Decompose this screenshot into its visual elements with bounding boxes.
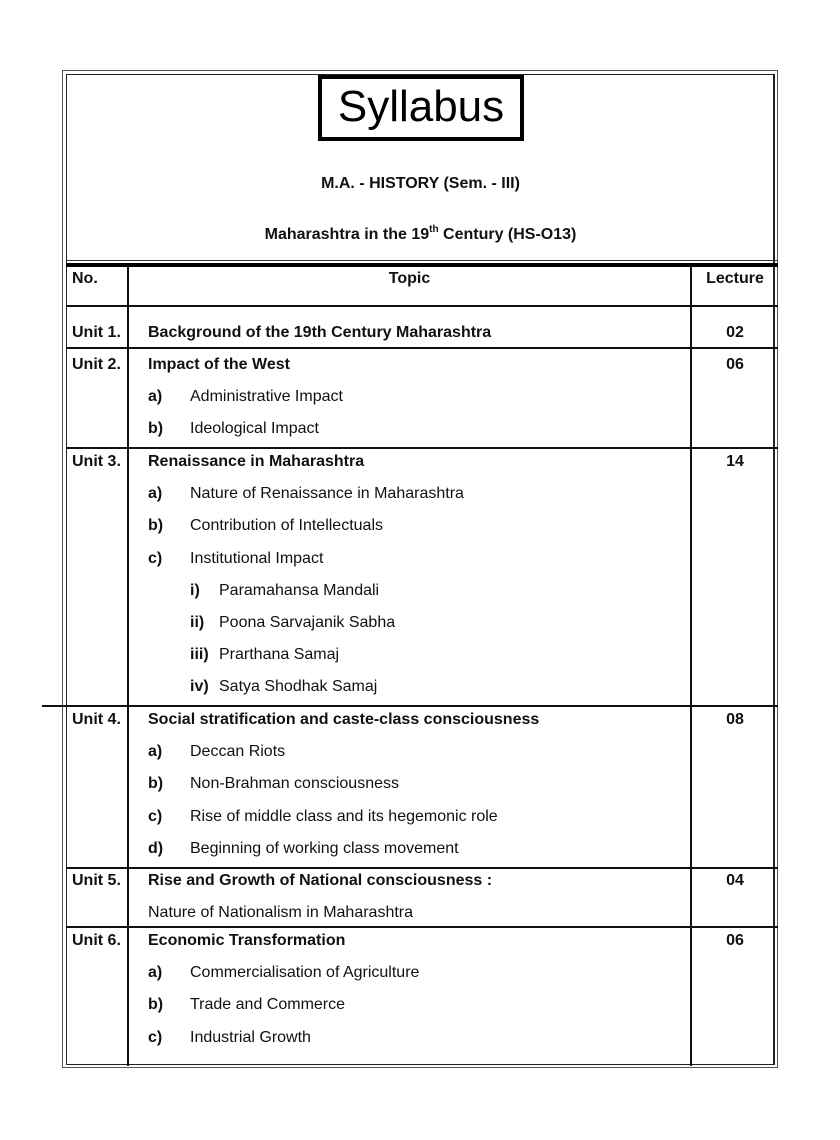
unit-number: Unit 3. — [72, 453, 121, 471]
subtopic-marker: a) — [148, 485, 162, 503]
subtopic-marker: i) — [190, 582, 200, 600]
subtopic-marker: b) — [148, 420, 163, 438]
unit-title: Renaissance in Maharashtra — [148, 453, 364, 471]
row-divider — [66, 347, 778, 349]
subtopic-marker: iii) — [190, 646, 209, 664]
unit-subtopic: Administrative Impact — [190, 388, 343, 406]
unit-lecture-count: 02 — [692, 324, 778, 342]
course-name-part: Maharashtra in the 19 — [265, 226, 430, 243]
row-divider — [66, 867, 778, 869]
course-title: Maharashtra in the 19th Century (HS-O13) — [66, 226, 775, 244]
subtopic-marker: c) — [148, 1029, 162, 1047]
unit-title: Rise and Growth of National consciousnes… — [148, 872, 492, 890]
unit-subtopic: Nature of Renaissance in Maharashtra — [190, 485, 464, 503]
unit-number: Unit 5. — [72, 872, 121, 890]
unit-subtopic: Industrial Growth — [190, 1029, 311, 1047]
subtopic-marker: a) — [148, 964, 162, 982]
unit-subtopic: Institutional Impact — [190, 550, 323, 568]
unit-title: Social stratification and caste-class co… — [148, 711, 539, 729]
unit-number: Unit 2. — [72, 356, 121, 374]
unit-subtopic: Beginning of working class movement — [190, 840, 459, 858]
row-divider — [66, 926, 778, 928]
unit-number: Unit 1. — [72, 324, 121, 342]
unit-subtopic: Commercialisation of Agriculture — [190, 964, 419, 982]
unit-subtopic: Nature of Nationalism in Maharashtra — [148, 904, 413, 922]
unit-subtopic: Deccan Riots — [190, 743, 285, 761]
subtopic-marker: a) — [148, 388, 162, 406]
unit-subtopic: Ideological Impact — [190, 420, 319, 438]
unit-subtopic: Non-Brahman consciousness — [190, 775, 399, 793]
unit-title: Economic Transformation — [148, 932, 345, 950]
unit-subtopic: Trade and Commerce — [190, 996, 345, 1014]
syllabus-title: Syllabus — [318, 75, 524, 141]
unit-number: Unit 4. — [72, 711, 121, 729]
subtopic-marker: b) — [148, 996, 163, 1014]
header-no: No. — [72, 270, 98, 288]
header-divider — [66, 260, 778, 261]
row-divider — [66, 305, 778, 307]
unit-lecture-count: 04 — [692, 872, 778, 890]
column-divider-no — [127, 266, 129, 1066]
unit-sub-subtopic: Poona Sarvajanik Sabha — [219, 614, 395, 632]
header-lecture: Lecture — [692, 270, 778, 288]
subtopic-marker: d) — [148, 840, 163, 858]
unit-lecture-count: 06 — [692, 356, 778, 374]
course-name-part: Century (HS-O13) — [439, 226, 577, 243]
subtopic-marker: c) — [148, 808, 162, 826]
unit-sub-subtopic: Paramahansa Mandali — [219, 582, 379, 600]
program-title: M.A. - HISTORY (Sem. - III) — [66, 175, 775, 193]
subtopic-marker: a) — [148, 743, 162, 761]
unit-lecture-count: 08 — [692, 711, 778, 729]
subtopic-marker: c) — [148, 550, 162, 568]
header-divider-thick — [66, 263, 778, 267]
unit-lecture-count: 14 — [692, 453, 778, 471]
subtopic-marker: iv) — [190, 678, 209, 696]
unit-number: Unit 6. — [72, 932, 121, 950]
subtopic-marker: ii) — [190, 614, 204, 632]
unit-lecture-count: 06 — [692, 932, 778, 950]
unit-sub-subtopic: Prarthana Samaj — [219, 646, 339, 664]
unit-title: Impact of the West — [148, 356, 290, 374]
subtopic-marker: b) — [148, 517, 163, 535]
unit-subtopic: Contribution of Intellectuals — [190, 517, 383, 535]
row-divider — [42, 705, 778, 707]
course-superscript: th — [429, 224, 438, 235]
subtopic-marker: b) — [148, 775, 163, 793]
unit-title: Background of the 19th Century Maharasht… — [148, 324, 491, 342]
header-topic: Topic — [129, 270, 690, 288]
row-divider — [66, 447, 778, 449]
unit-subtopic: Rise of middle class and its hegemonic r… — [190, 808, 498, 826]
unit-sub-subtopic: Satya Shodhak Samaj — [219, 678, 377, 696]
